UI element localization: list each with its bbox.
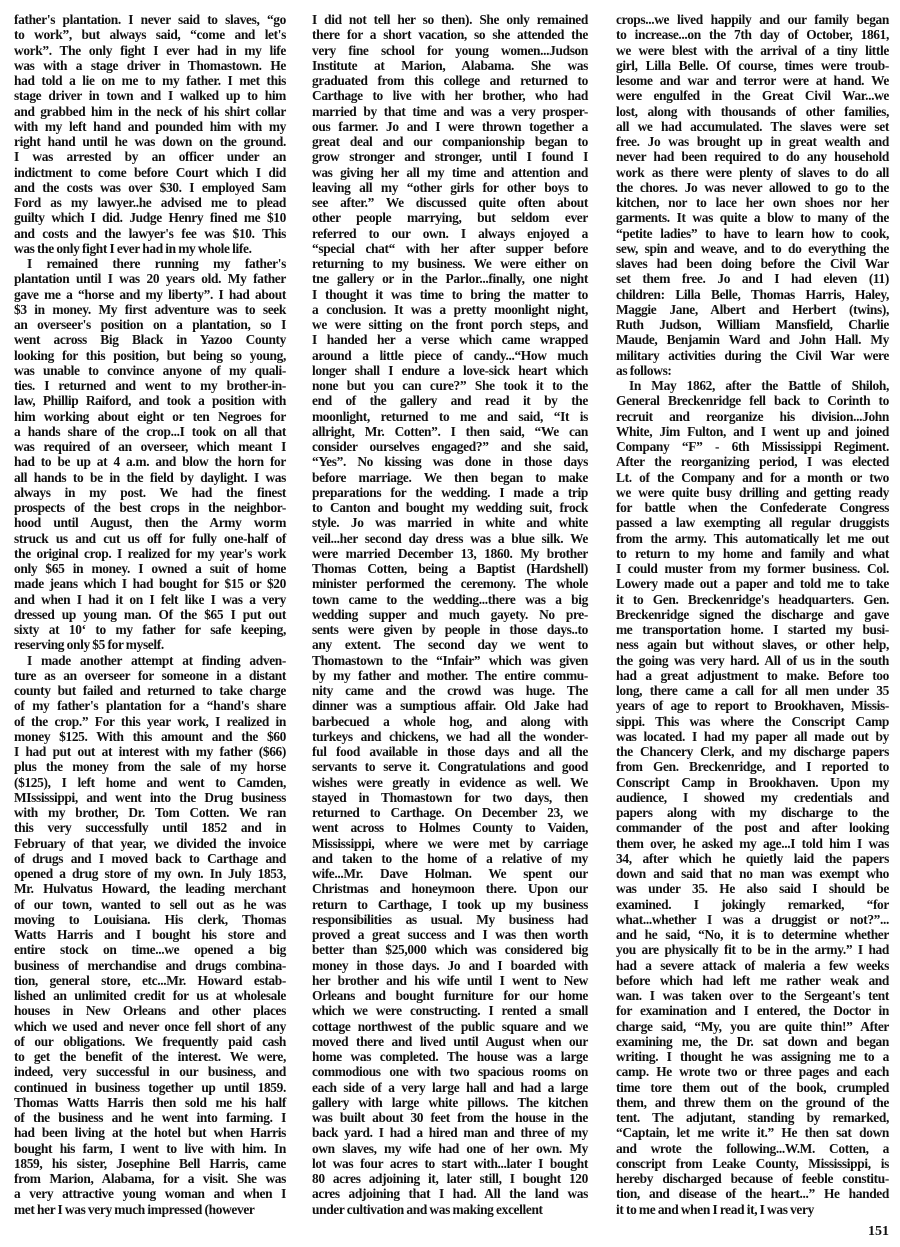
text-line: right hand until he was down on the grou… — [14, 134, 286, 149]
text-line: wedding supper and much gayety. No pre- — [312, 607, 588, 622]
text-line: you are physically fit to be in the army… — [616, 942, 889, 957]
text-line: county but failed and returned to take c… — [14, 683, 286, 698]
text-line: ous farmer. Jo and I were thrown togethe… — [312, 119, 588, 134]
text-line: consider ourselves engaged?” and she sai… — [312, 439, 588, 454]
document-page: father's plantation. I never said to sla… — [0, 0, 900, 1247]
text-line: before which had left me rather weak and — [616, 973, 889, 988]
text-line: from Marion, Alabama, for a visit. She w… — [14, 1171, 286, 1186]
text-line: audience, I showed my credentials and — [616, 790, 889, 805]
text-line: Thomas Watts Harris then sold me his hal… — [14, 1095, 286, 1110]
text-line: set them free. Jo and I had eleven (11) — [616, 271, 889, 286]
text-line: all hands to be in the field by daylight… — [14, 470, 286, 485]
text-line: own slaves, my wife had one of her own. … — [312, 1141, 588, 1156]
text-line: return to Carthage, I took up my busines… — [312, 897, 588, 912]
text-line: In May 1862, after the Battle of Shiloh, — [616, 378, 889, 393]
text-line: which we used and never once fell short … — [14, 1019, 286, 1034]
text-line: had told a lie on me to my father. I met… — [14, 73, 286, 88]
text-line: hood until August, then the Army worm — [14, 515, 286, 530]
text-line: grow stronger and stronger, until I foun… — [312, 149, 588, 164]
text-line: the going was very hard. All of us in th… — [616, 653, 889, 668]
text-line: to return to my home and family and what — [616, 546, 889, 561]
paragraph: father's plantation. I never said to sla… — [14, 12, 286, 256]
text-line: stayed in Thomastown for two days, then — [312, 790, 588, 805]
text-line: preparations for the wedding. I made a t… — [312, 485, 588, 500]
text-line: me transportation home. I started my bus… — [616, 622, 889, 637]
text-line: of my father's plantation for a “hand's … — [14, 698, 286, 713]
text-line: Orleans and bought furniture for our hom… — [312, 988, 588, 1003]
text-line: and wrote the following...W.M. Cotten, a — [616, 1141, 889, 1156]
paragraph: crops...we lived happily and our family … — [616, 12, 889, 378]
text-line: end of the gallery and read it by the — [312, 393, 588, 408]
text-line: wife...Mr. Dave Holman. We spent our — [312, 866, 588, 881]
text-line: veil...her second day dress was a blue s… — [312, 531, 588, 546]
text-line: Thomastown to the “Infair” which was giv… — [312, 653, 588, 668]
text-line: law, Phillip Raiford, and took a positio… — [14, 393, 286, 408]
text-line: years of age to report to Brookhaven, Mi… — [616, 698, 889, 713]
text-line: we were quite busy drilling and getting … — [616, 485, 889, 500]
text-line: any extent. The second day we went to — [312, 637, 588, 652]
text-line: always in my post. We had the finest — [14, 485, 286, 500]
text-line: business of merchandise and drugs combin… — [14, 958, 286, 973]
text-line: of the crop.” For this year work, I real… — [14, 714, 286, 729]
text-line: we were sitting on the front porch steps… — [312, 317, 588, 332]
text-line: returning to my business. We were either… — [312, 256, 588, 271]
text-line: I made another attempt at finding adven- — [14, 653, 286, 668]
text-line: charge said, “My, you are quite thin!” A… — [616, 1019, 889, 1034]
text-line: was the only fight I ever had in my whol… — [14, 241, 286, 256]
text-line: had been living at the hotel but when Ha… — [14, 1125, 286, 1140]
text-line: wan. I was taken over to the Sergeant's … — [616, 988, 889, 1003]
text-line: never had been required to do any househ… — [616, 149, 889, 164]
text-line: passed a law exempting all regular drugg… — [616, 515, 889, 530]
text-line: time tore them out of the book, crumpled — [616, 1080, 889, 1095]
text-line: $3 in money. My first adventure was to s… — [14, 302, 286, 317]
text-line: met her I was very much impressed (howev… — [14, 1202, 286, 1217]
text-line: all we had accumulated. The slaves were … — [616, 119, 889, 134]
text-line: it to Gen. Breckenridge's headquarters. … — [616, 592, 889, 607]
text-line: it to me and when I read it, I was very — [616, 1202, 889, 1217]
text-line: see after.” We discussed quite often abo… — [312, 195, 588, 210]
text-line: with my left hand and pounded him with m… — [14, 119, 286, 134]
text-line: crops...we lived happily and our family … — [616, 12, 889, 27]
text-line: prospects of the best crops in the neigh… — [14, 500, 286, 515]
text-line: nity came and the crowd was huge. The — [312, 683, 588, 698]
text-line: the original crop. I realized for my yea… — [14, 546, 286, 561]
text-line: minister performed the ceremony. The who… — [312, 576, 588, 591]
text-line: recruit and reorganize his division...Jo… — [616, 409, 889, 424]
text-line: acres adjoining that I had. All the land… — [312, 1186, 588, 1201]
text-line: Carthage to live with her brother, who h… — [312, 88, 588, 103]
text-line: gallery with large white pillows. The ki… — [312, 1095, 588, 1110]
paragraph: In May 1862, after the Battle of Shiloh,… — [616, 378, 889, 1217]
text-line: allright, Mr. Cotten”. I then said, “We … — [312, 424, 588, 439]
text-line: bought his farm, I went to live with him… — [14, 1141, 286, 1156]
text-line: barbecued a whole hog, and along with — [312, 714, 588, 729]
text-line: for examination and I entered, the Docto… — [616, 1003, 889, 1018]
text-line: “Yes”. No kissing was done in those days — [312, 454, 588, 469]
text-line: White, Jim Fulton, and I went up and joi… — [616, 424, 889, 439]
text-line: other people marrying, but seldom ever — [312, 210, 588, 225]
text-line: referred to our own. I always enjoyed a — [312, 226, 588, 241]
text-line: I could muster from my former business. … — [616, 561, 889, 576]
text-line: “special chat“ with her after supper bef… — [312, 241, 588, 256]
text-line: lot was four acres to start with...later… — [312, 1156, 588, 1171]
text-line: as follows: — [616, 363, 889, 378]
text-line: sew, spin and weave, and to do everythin… — [616, 241, 889, 256]
text-line: dinner was a sumptious affair. Old Jake … — [312, 698, 588, 713]
text-line: Company “F” - 6th Mississippi Regiment. — [616, 439, 889, 454]
text-line: which we were constructing. I rented a s… — [312, 1003, 588, 1018]
text-line: kitchen, nor to lace her own shoes nor h… — [616, 195, 889, 210]
text-line: Breckenridge signed the discharge and ga… — [616, 607, 889, 622]
text-line: proved a great success and I was then wo… — [312, 927, 588, 942]
text-line: and the costs was over $30. I employed S… — [14, 180, 286, 195]
text-line: money $125. With this amount and the $60 — [14, 729, 286, 744]
text-line: hereby discharged because of feeble cons… — [616, 1171, 889, 1186]
text-line: married by that time and was a very pros… — [312, 104, 588, 119]
text-line: to get the benefit of the interest. We w… — [14, 1049, 286, 1064]
text-line: Conscript Camp in Brookhaven. Upon my — [616, 775, 889, 790]
text-line: each side of a very large hall and had a… — [312, 1080, 588, 1095]
text-line: before marriage. We then began to make — [312, 470, 588, 485]
text-line: what...whether I was a druggist or not?”… — [616, 912, 889, 927]
text-line: I handed her a verse which came wrapped — [312, 332, 588, 347]
text-line: none but you can cure?” She took it to t… — [312, 378, 588, 393]
text-line: was unable to convince anyone of my qual… — [14, 363, 286, 378]
text-line: entire stock on time...we opened a big — [14, 942, 286, 957]
text-line: MIssissippi, and went into the Drug busi… — [14, 790, 286, 805]
text-line: “Captain, let me write it.” He then sat … — [616, 1125, 889, 1140]
text-line: and he said, “No, it is to determine whe… — [616, 927, 889, 942]
page-number: 151 — [840, 1224, 889, 1240]
text-line: home was completed. The house was a larg… — [312, 1049, 588, 1064]
text-line: tion, general store, etc...Mr. Howard es… — [14, 973, 286, 988]
text-line: was giving her all my time and attention… — [312, 165, 588, 180]
text-line: Maggie Jane, Albert and Herbert (twins), — [616, 302, 889, 317]
text-line: examined. I jokingly remarked, “for — [616, 897, 889, 912]
text-line: commander of the post and after looking — [616, 820, 889, 835]
text-line: conscript from Leake County, Mississippi… — [616, 1156, 889, 1171]
text-line: town came to the wedding...there was a b… — [312, 592, 588, 607]
text-line: and when I had it on I felt like I was a… — [14, 592, 286, 607]
text-line: and grabbed him in the neck of his shirt… — [14, 104, 286, 119]
text-line: for battle when the Confederate Congress — [616, 500, 889, 515]
text-line: garments. It was quite a blow to many of… — [616, 210, 889, 225]
text-line: ture as an overseer for someone in a dis… — [14, 668, 286, 683]
text-line: looking for this position, but being so … — [14, 348, 286, 363]
text-line: Lowery made out a paper and told me to t… — [616, 576, 889, 591]
text-line: tion, and disease of the heart...” He ha… — [616, 1186, 889, 1201]
text-line: an overseer's position on a plantation, … — [14, 317, 286, 332]
text-line: with my brother, Dr. Tom Cotten. We ran — [14, 805, 286, 820]
text-line: reserving only $5 for myself. — [14, 637, 286, 652]
text-line: I thought it was time to bring the matte… — [312, 287, 588, 302]
text-line: plus the money from the sale of my horse — [14, 759, 286, 774]
text-line: Institute at Marion, Alabama. She was — [312, 58, 588, 73]
text-line: went across Big Black in Yazoo County — [14, 332, 286, 347]
text-line: style. Jo was married in white and white — [312, 515, 588, 530]
text-line: free. Jo was brought up in great wealth … — [616, 134, 889, 149]
text-line: were engulfed in the Great Civil War...w… — [616, 88, 889, 103]
text-column-1: father's plantation. I never said to sla… — [14, 12, 286, 1217]
text-line: Mississippi, where we were met by carria… — [312, 836, 588, 851]
text-line: houses in New Orleans and other places — [14, 1003, 286, 1018]
text-line: writing. I thought he was assigning me t… — [616, 1049, 889, 1064]
text-line: was under 35. He also said I should be — [616, 881, 889, 896]
text-line: was built about 30 feet from the house i… — [312, 1110, 588, 1125]
text-line: lesome and war and terror were at hand. … — [616, 73, 889, 88]
text-line: work”. The only fight I ever had in my l… — [14, 43, 286, 58]
text-line: from Gen. Breckenridge, and I reported t… — [616, 759, 889, 774]
text-line: servants to serve it. Congratulations an… — [312, 759, 588, 774]
text-line: a conclusion. It was a pretty moonlight … — [312, 302, 588, 317]
text-line: lished an unlimited credit for us at who… — [14, 988, 286, 1003]
text-line: Christmas and honeymoon there. Upon our — [312, 881, 588, 896]
text-line: down and said that no man was exempt who — [616, 866, 889, 881]
text-line: cottage northwest of the public square a… — [312, 1019, 588, 1034]
text-line: money in those days. Jo and I boarded wi… — [312, 958, 588, 973]
text-line: made jeans which I had bought for $15 or… — [14, 576, 286, 591]
text-line: a very attractive young woman and when I — [14, 1186, 286, 1201]
text-line: long, there came a call for all men unde… — [616, 683, 889, 698]
text-line: father's plantation. I never said to sla… — [14, 12, 286, 27]
text-line: was with a stage driver in Thomastown. H… — [14, 58, 286, 73]
text-line: to increase...on the 7th day of October,… — [616, 27, 889, 42]
text-line: returned to Carthage. On December 23, we — [312, 805, 588, 820]
text-line: wishes were greatly in evidence as well.… — [312, 775, 588, 790]
text-line: of our town, wanted to sell out as he wa… — [14, 897, 286, 912]
text-line: was required of an overseer, which meant… — [14, 439, 286, 454]
text-line: papers along with my discharge to the — [616, 805, 889, 820]
text-line: only $65 in money. I owned a suit of hom… — [14, 561, 286, 576]
text-line: around a little piece of candy...“How mu… — [312, 348, 588, 363]
text-line: commodious one with two spacious rooms o… — [312, 1064, 588, 1079]
text-line: lost, along with thousands of other fami… — [616, 104, 889, 119]
text-line: had a great adjustment to make. Before t… — [616, 668, 889, 683]
paragraph: I did not tell her so then). She only re… — [312, 12, 588, 1217]
text-line: guilty which I did. Judge Henry fined me… — [14, 210, 286, 225]
text-line: struck us and cut us off for fully one-h… — [14, 531, 286, 546]
text-line: had a severe attack of maleria a few wee… — [616, 958, 889, 973]
text-line: very fine school for young women...Judso… — [312, 43, 588, 58]
text-line: I was arrested by an officer under an — [14, 149, 286, 164]
text-line: ness again but without slaves, or other … — [616, 637, 889, 652]
text-line: Watts Harris and I bought his store and — [14, 927, 286, 942]
text-line: we were blest with the arrival of a tiny… — [616, 43, 889, 58]
text-line: turkeys and chickens, we had all the won… — [312, 729, 588, 744]
text-line: stage driver in town and I walked up to … — [14, 88, 286, 103]
text-line: this very successfully until 1852 and in — [14, 820, 286, 835]
text-line: were married December 13, 1860. My broth… — [312, 546, 588, 561]
text-line: military activities during the Civil War… — [616, 348, 889, 363]
text-line: to work”, but always said, “come and let… — [14, 27, 286, 42]
text-line: and taken to the home of a relative of m… — [312, 851, 588, 866]
text-line: a hands share of the crop...I took on al… — [14, 424, 286, 439]
text-column-2: I did not tell her so then). She only re… — [312, 12, 588, 1217]
text-line: leaving all my “other girls for other bo… — [312, 180, 588, 195]
text-line: camp. He wrote two or three pages and ea… — [616, 1064, 889, 1079]
text-line: Mr. Hulvatus Howard, the leading merchan… — [14, 881, 286, 896]
text-line: sixty at 10‘ to my father for safe keepi… — [14, 622, 286, 637]
text-line: from the army. This automatically let me… — [616, 531, 889, 546]
text-line: Ruth Judson, William Mansfield, Charlie — [616, 317, 889, 332]
text-line: dressed up young man. Of the $65 I put o… — [14, 607, 286, 622]
text-column-3: crops...we lived happily and our family … — [616, 12, 889, 1217]
text-line: longer shall I endure a love-sick heart … — [312, 363, 588, 378]
text-line: 80 acres adjoining it, later still, I bo… — [312, 1171, 588, 1186]
text-line: great deal and our companionship began t… — [312, 134, 588, 149]
text-line: continued in business together up until … — [14, 1080, 286, 1095]
text-line: examining me, the Dr. sat down and began — [616, 1034, 889, 1049]
text-line: I did not tell her so then). She only re… — [312, 12, 588, 27]
text-line: I remained there running my father's — [14, 256, 286, 271]
text-line: him working about eight or ten Negroes f… — [14, 409, 286, 424]
text-line: had to be up at 4 a.m. and blow the horn… — [14, 454, 286, 469]
text-line: them, and threw them on the ground of th… — [616, 1095, 889, 1110]
text-line: plantation until I was 20 years old. My … — [14, 271, 286, 286]
text-line: slaves had been doing before the Civil W… — [616, 256, 889, 271]
text-line: I had put out at interest with my father… — [14, 744, 286, 759]
text-line: moved there and lived until August when … — [312, 1034, 588, 1049]
text-line: girl, Lilla Belle. Of course, times were… — [616, 58, 889, 73]
text-line: graduated from this college and returned… — [312, 73, 588, 88]
text-line: under cultivation and was making excelle… — [312, 1202, 588, 1217]
text-line: there for a short vacation, so she atten… — [312, 27, 588, 42]
text-line: of the business and he went into farming… — [14, 1110, 286, 1125]
text-line: indictment to come before Court which I … — [14, 165, 286, 180]
text-line: Ford as my lawyer..he advised me to plea… — [14, 195, 286, 210]
paragraph: I remained there running my father'splan… — [14, 256, 286, 653]
text-line: tne gallery or in the Parlor...finally, … — [312, 271, 588, 286]
text-line: better than $25,000 which was considered… — [312, 942, 588, 957]
text-line: the chores. Jo was never allowed to go t… — [616, 180, 889, 195]
text-line: responsibilities as usual. My business h… — [312, 912, 588, 927]
text-line: and costs and the lawyer's fee was $10. … — [14, 226, 286, 241]
text-line: of our obligations. We frequently paid c… — [14, 1034, 286, 1049]
text-line: moonlight, returned to me and said, “It … — [312, 409, 588, 424]
text-line: to Canton and bought my wedding suit, fr… — [312, 500, 588, 515]
text-line: work as there were plenty of slaves to d… — [616, 165, 889, 180]
text-line: of drugs and I moved back to Carthage an… — [14, 851, 286, 866]
text-line: gave me a “horse and my liberty”. I had … — [14, 287, 286, 302]
text-line: went across to Holmes County to Vaiden, — [312, 820, 588, 835]
text-line: children: Lilla Belle, Thomas Harris, Ha… — [616, 287, 889, 302]
text-line: 34, after which he quietly laid the pape… — [616, 851, 889, 866]
text-line: 1859, his sister, Josephine Bell Harris,… — [14, 1156, 286, 1171]
text-line: sents were given by people in those days… — [312, 622, 588, 637]
text-line: them over, he asked my age...I told him … — [616, 836, 889, 851]
text-line: indeed, very successful in our business,… — [14, 1064, 286, 1079]
text-line: tent. The adjutant, standing by remarked… — [616, 1110, 889, 1125]
text-line: Lt. of the Company and for a month or tw… — [616, 470, 889, 485]
paragraph: I made another attempt at finding adven-… — [14, 653, 286, 1217]
text-line: by my father and mother. The entire comm… — [312, 668, 588, 683]
text-line: moving to Louisiana. His clerk, Thomas — [14, 912, 286, 927]
text-line: her brother and his wife until I went to… — [312, 973, 588, 988]
text-line: back yard. I had a hired man and three o… — [312, 1125, 588, 1140]
text-line: General Breckenridge fell back to Corint… — [616, 393, 889, 408]
text-line: Maude, Benjamin Ward and John Hall. My — [616, 332, 889, 347]
text-line: ($125), I left home and went to Camden, — [14, 775, 286, 790]
text-line: ful food available in those days and all… — [312, 744, 588, 759]
text-line: was located. I had my paper all made out… — [616, 729, 889, 744]
text-line: the Chancery Clerk, and my discharge pap… — [616, 744, 889, 759]
text-line: Thomas Cotten, being a Baptist (Hardshel… — [312, 561, 588, 576]
text-line: February of that year, we divided the in… — [14, 836, 286, 851]
text-line: opened a drug store of my own. In July 1… — [14, 866, 286, 881]
text-line: After the reorganizing period, I was ele… — [616, 454, 889, 469]
text-line: ties. I returned and went to my brother-… — [14, 378, 286, 393]
text-line: “petite ladies” to have to learn how to … — [616, 226, 889, 241]
text-line: sippi. This was where the Conscript Camp — [616, 714, 889, 729]
